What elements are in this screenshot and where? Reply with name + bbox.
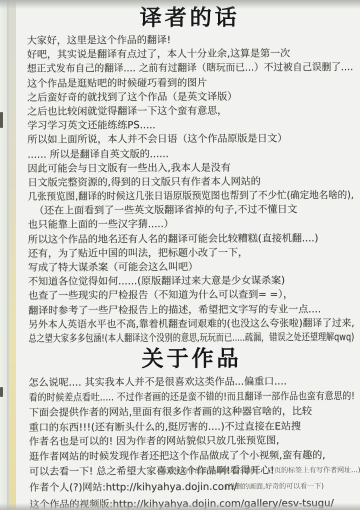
section-title-translator-notes: 译者的话 <box>27 5 353 33</box>
text-line: 下面会提供作者的网站,里面有很多作者画的这种器官啥的，比较 <box>29 405 355 422</box>
scanned-page: 译者的话 大家好，这里是这个作品的翻译!好吧，其实说是翻译有点过了，本人十分业余… <box>0 0 360 510</box>
section-title-about-work: 关于作品 <box>28 346 354 374</box>
text-line: 作者名也是可以的! 因为作者的网站貌似只放几张预览图, <box>29 434 355 451</box>
scan-artifact-mark <box>0 112 3 128</box>
text-line: 所以这个作品的地名还有人名的翻译可能会比较糟糕(直接机翻....) <box>28 232 354 248</box>
translator-notes-lines: 大家好，这里是这个作品的翻译!好吧，其实说是翻译有点过了，本人十分业余,这算是第… <box>27 33 355 347</box>
text-line: 重口的东西!!!(还有断头什么的,挺厉害的....)不过直接在E站搜 <box>29 420 355 437</box>
text-line: 几张预览图,翻译的时候这几张日语原版预览图也帮到了不少忙(确定地名啥的), <box>28 189 354 205</box>
author-site-url-text: 作者个人(?)网站:http://kihyahya.dojin.com/ <box>29 479 237 495</box>
page-edge-bottom <box>0 503 360 510</box>
page-content: 译者的话 大家好，这里是这个作品的翻译!好吧，其实说是翻译有点过了，本人十分业余… <box>27 0 356 510</box>
video-note: (没删的画面,好奇的可以看一下) <box>225 481 324 492</box>
text-line: 逛作者网站的时候发现作者还把这个作品做成了个小视频,蛮有趣的, <box>29 449 355 466</box>
text-line: 怎么说呢.... 其实我本人并不是很喜欢这类作品...偏重口.... <box>29 375 355 392</box>
scan-artifact-mark <box>0 387 3 397</box>
page-edge-yellow-band <box>9 0 16 510</box>
text-line: 看的时候差点看吐..... 不过作者画的还是蛮不错的!而且翻译一部作品也蛮有意思… <box>29 390 355 407</box>
text-line: 总之望大家多多包涵!(本人翻译这个没别的意思,玩玩而已.....疏漏，错误之处还… <box>28 331 354 347</box>
page-edge-top <box>0 0 360 9</box>
text-line: 想正式发布自己的翻译.... 之前有过翻译（瞎玩而已...）不过被自己误删了..… <box>27 62 353 78</box>
author-site-note: (我这里的作品资源应该是扫描版， 后页的标签上有写作者网址...) <box>157 465 360 476</box>
